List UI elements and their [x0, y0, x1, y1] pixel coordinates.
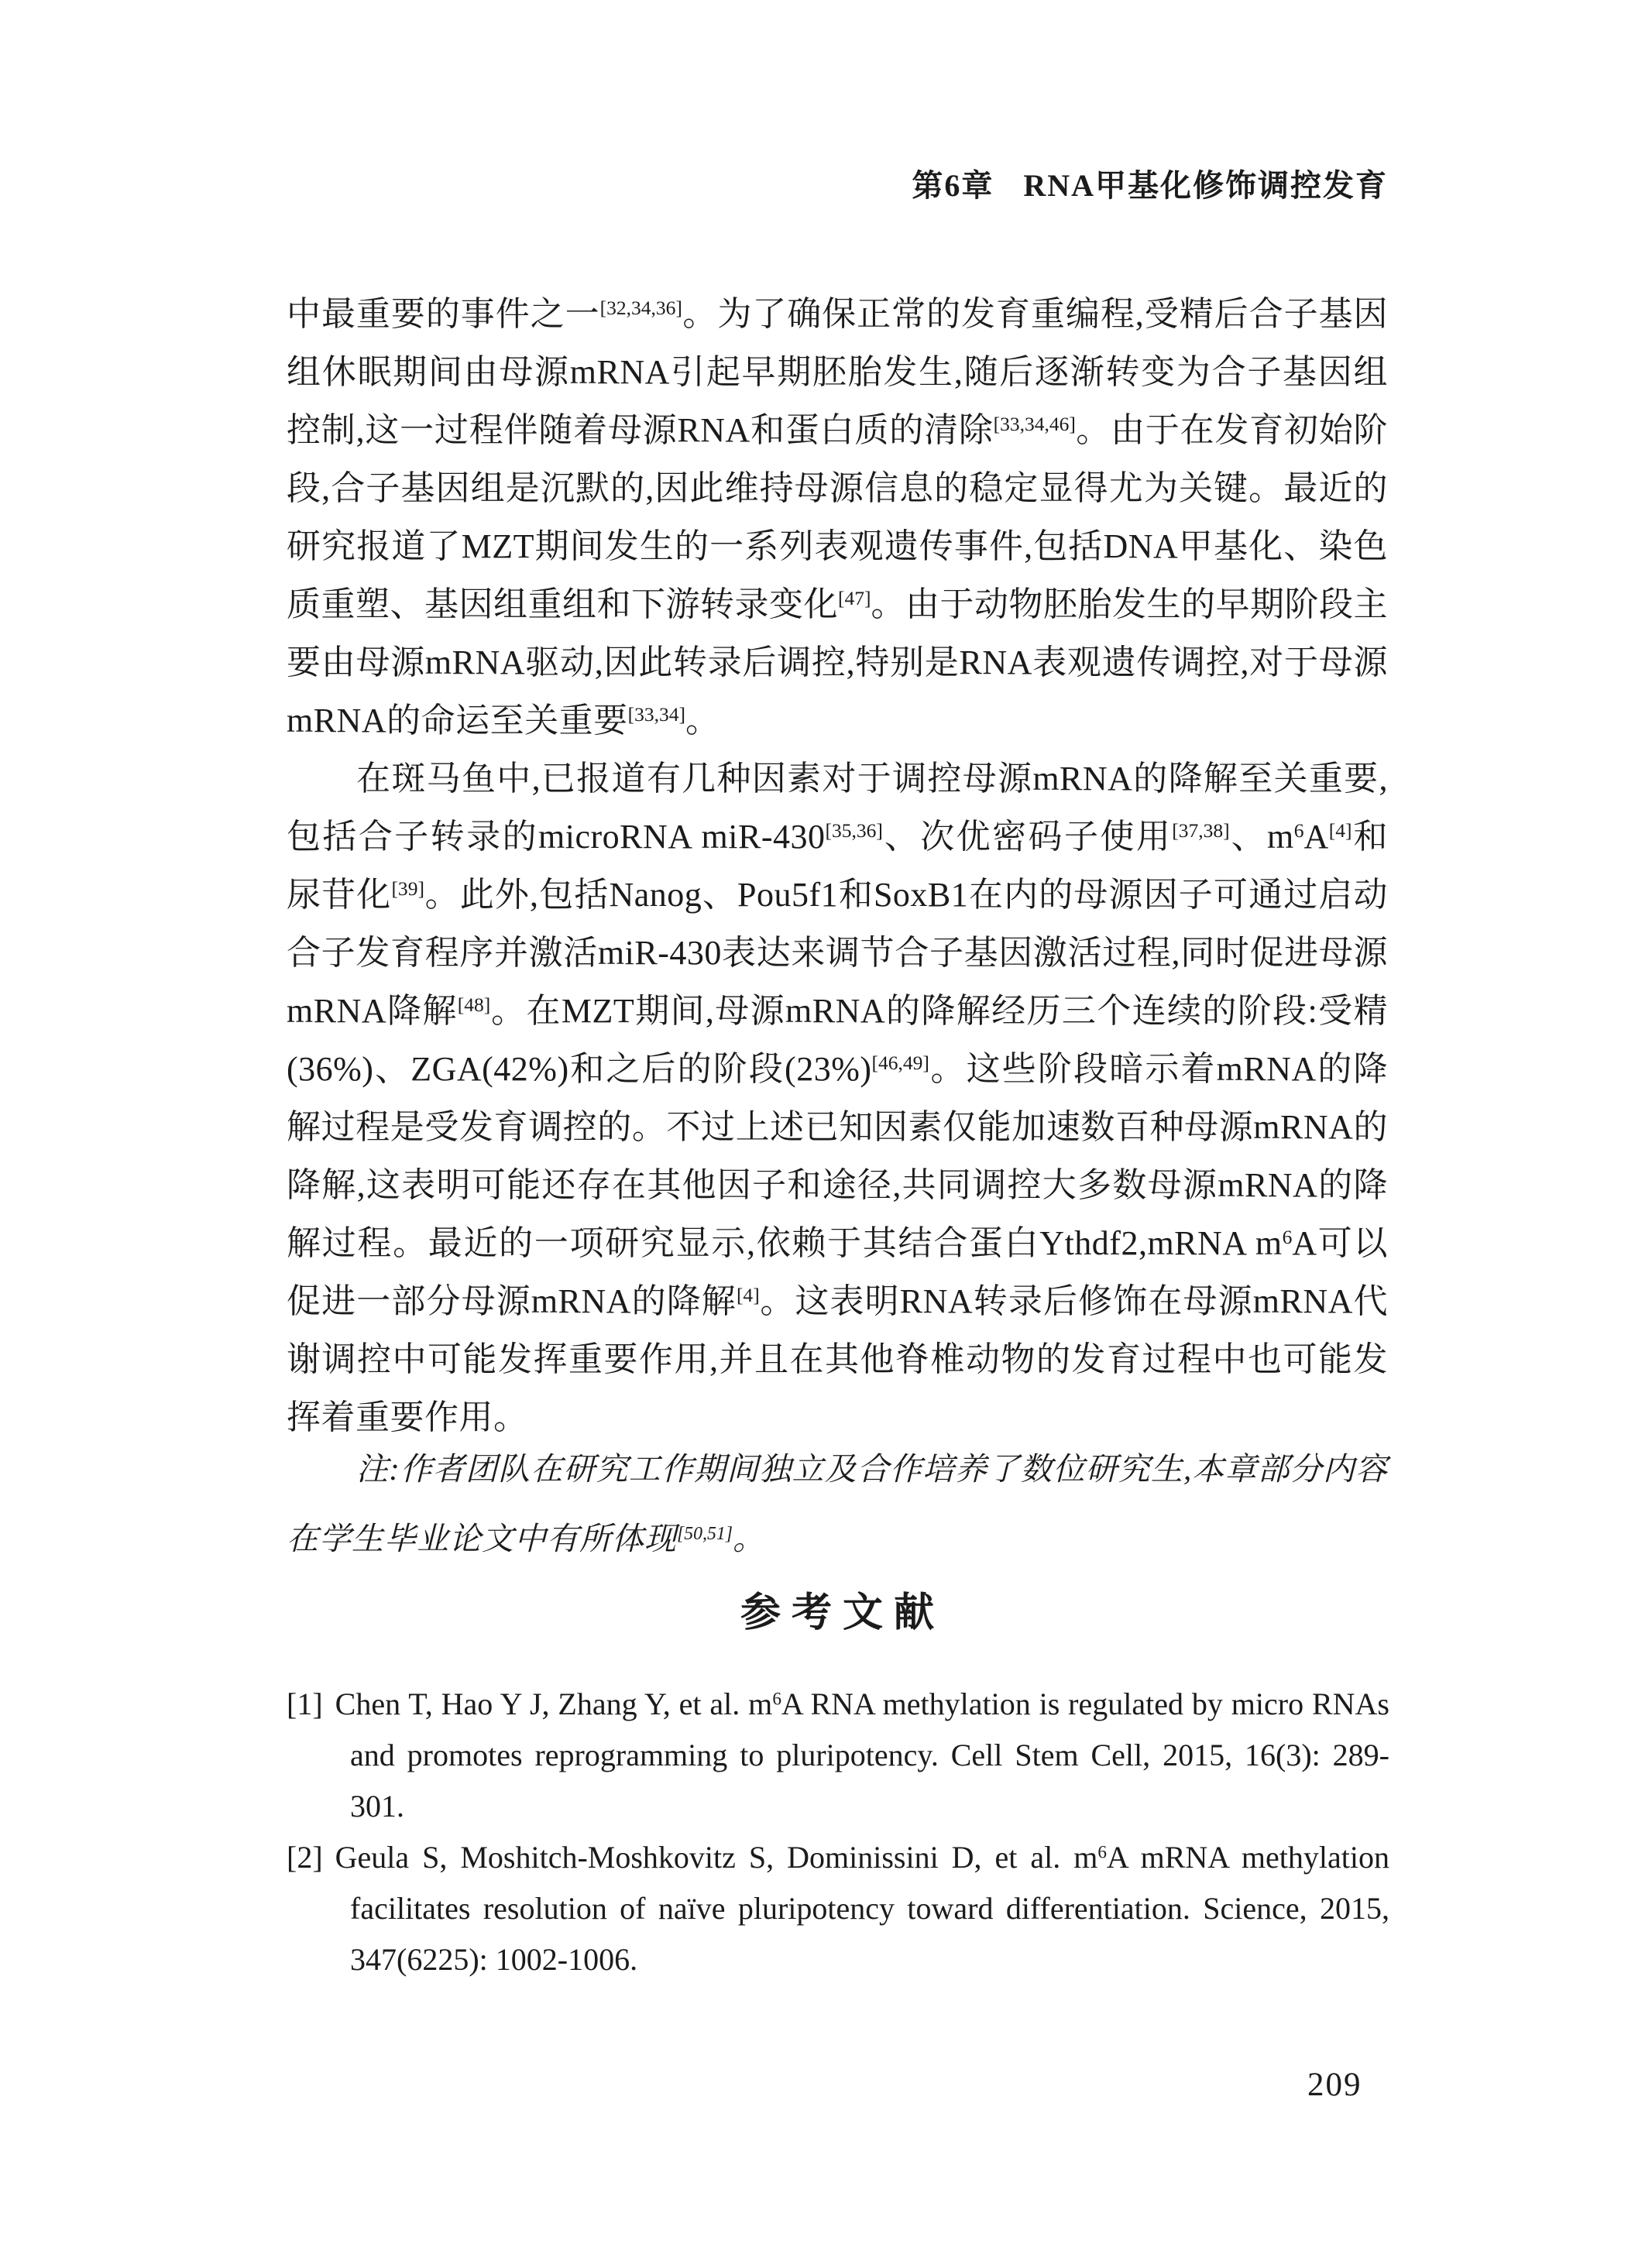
- body-paragraph-1: 中最重要的事件之一[32,34,36]。为了确保正常的发育重编程,受精后合子基因…: [287, 285, 1388, 750]
- reference-list: [1]Chen T, Hao Y J, Zhang Y, et al. m6A …: [287, 1679, 1389, 1985]
- book-page: 第6章RNA甲基化修饰调控发育 中最重要的事件之一[32,34,36]。为了确保…: [0, 0, 1628, 2268]
- page-body: 中最重要的事件之一[32,34,36]。为了确保正常的发育重编程,受精后合子基因…: [287, 285, 1388, 1446]
- references-heading: 参考文献: [287, 1580, 1388, 1638]
- reference-label-2: [2]: [287, 1840, 323, 1875]
- reference-item-1: [1]Chen T, Hao Y J, Zhang Y, et al. m6A …: [287, 1679, 1389, 1832]
- chapter-title: RNA甲基化修饰调控发育: [1023, 168, 1388, 203]
- reference-item-2: [2]Geula S, Moshitch-Moshkovitz S, Domin…: [287, 1832, 1389, 1985]
- reference-text-2: Geula S, Moshitch-Moshkovitz S, Dominiss…: [335, 1840, 1389, 1977]
- reference-label-1: [1]: [287, 1686, 323, 1721]
- author-note: 注:作者团队在研究工作期间独立及合作培养了数位研究生,本章部分内容在学生毕业论文…: [287, 1434, 1388, 1573]
- body-paragraph-2: 在斑马鱼中,已报道有几种因素对于调控母源mRNA的降解至关重要,包括合子转录的m…: [287, 750, 1388, 1446]
- chapter-number: 第6章: [912, 168, 994, 203]
- running-header: 第6章RNA甲基化修饰调控发育: [287, 161, 1388, 205]
- reference-text-1: Chen T, Hao Y J, Zhang Y, et al. m6A RNA…: [335, 1686, 1389, 1824]
- page-number: 209: [1307, 2066, 1362, 2104]
